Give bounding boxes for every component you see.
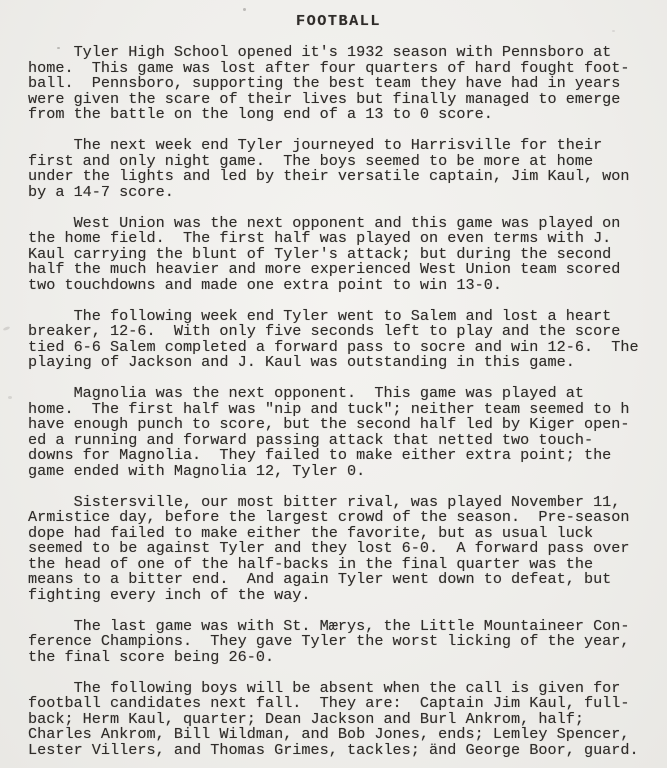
paragraph-salem-game: The following week end Tyler went to Sal… [28,309,649,371]
scanned-yearbook-page: FOOTBALL Tyler High School opened it's 1… [0,0,667,768]
paper-speck [243,8,246,11]
paper-speck [612,30,615,32]
paragraph-magnolia-game: Magnolia was the next opponent. This gam… [28,386,649,479]
paragraph-pennsboro-game: Tyler High School opened it's 1932 seaso… [28,45,649,123]
paragraph-graduating-players: The following boys will be absent when t… [28,681,649,759]
paragraph-west-union-game: West Union was the next opponent and thi… [28,216,649,294]
paper-speck [3,326,11,331]
paper-speck [8,396,12,399]
paragraph-harrisville-game: The next week end Tyler journeyed to Har… [28,138,649,200]
paragraph-st-marys-game: The last game was with St. Mærys, the Li… [28,619,649,666]
paragraph-sistersville-game: Sistersville, our most bitter rival, was… [28,495,649,604]
page-title: FOOTBALL [28,14,649,30]
paper-speck [57,47,60,49]
